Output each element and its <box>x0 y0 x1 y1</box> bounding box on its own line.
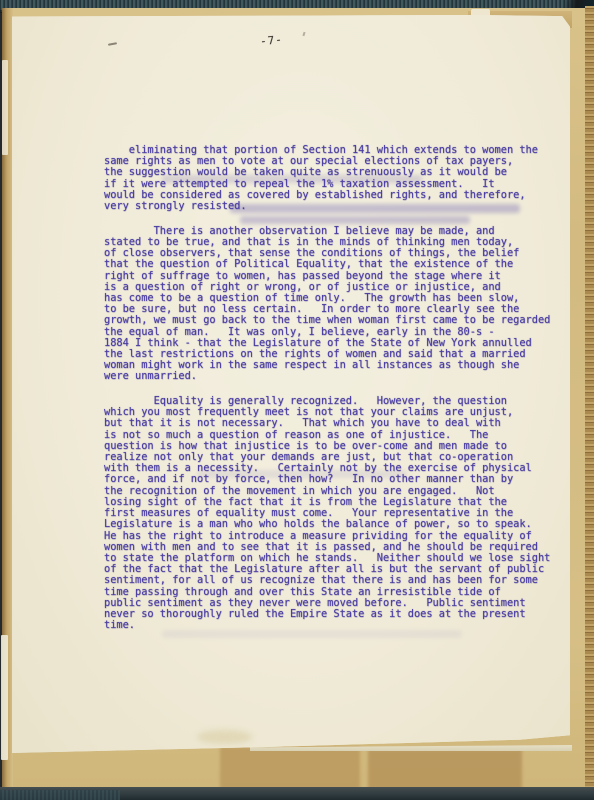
paper-stain <box>197 730 252 744</box>
paper-sliver <box>2 60 8 155</box>
paragraph: Equality is generally recognized. Howeve… <box>104 396 564 631</box>
backing-stain <box>220 747 360 790</box>
paragraph: eliminating that portion of Section 141 … <box>104 145 564 212</box>
bottom-cloth-texture <box>0 790 120 800</box>
book-fore-edge <box>585 6 594 788</box>
page-number: -7- <box>259 33 283 48</box>
typewritten-text: eliminating that portion of Section 141 … <box>104 145 564 631</box>
typewritten-sheet: -7- eliminating that portion of Section … <box>12 15 570 753</box>
paragraph: There is another observation I believe m… <box>104 226 564 383</box>
stray-mark <box>302 32 305 36</box>
paper-sliver <box>1 635 8 760</box>
backing-stain <box>368 749 522 790</box>
scanned-document-page: -7- eliminating that portion of Section … <box>0 0 594 800</box>
stray-pencil-mark <box>108 42 117 46</box>
